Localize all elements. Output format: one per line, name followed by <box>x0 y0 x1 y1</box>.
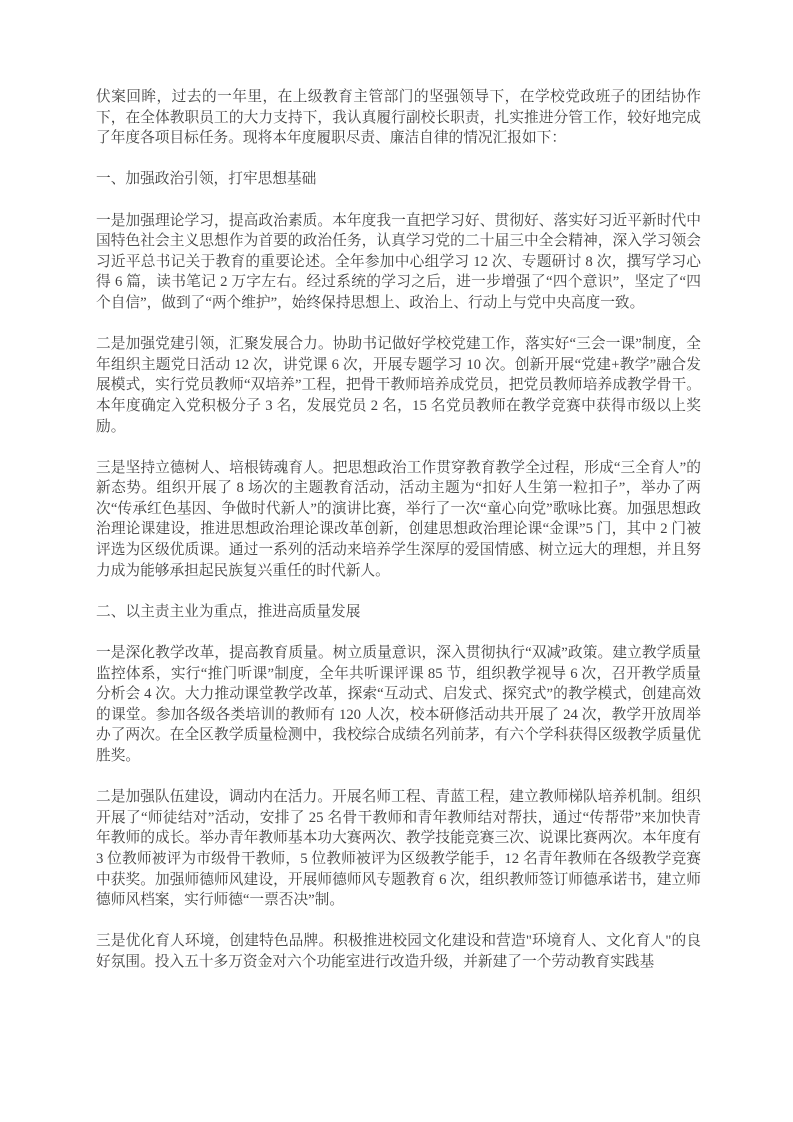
intro-paragraph: 伏案回眸，过去的一年里，在上级教育主管部门的坚强领导下，在学校党政班子的团结协作… <box>96 87 701 149</box>
body-paragraph: 三是坚持立德树人、培根铸魂育人。把思想政治工作贯穿教育教学全过程，形成“三全育人… <box>96 458 701 582</box>
section-heading-2: 二、以主责主业为重点，推进高质量发展 <box>96 602 701 623</box>
body-paragraph: 一是加强理论学习，提高政治素质。本年度我一直把学习好、贯彻好、落实好习近平新时代… <box>96 211 701 314</box>
body-paragraph: 二是加强党建引领，汇聚发展合力。协助书记做好学校党建工作，落实好“三会一课”制度… <box>96 334 701 437</box>
body-paragraph: 二是加强队伍建设，调动内在活力。开展名师工程、青蓝工程，建立教师梯队培养机制。组… <box>96 787 701 911</box>
body-paragraph: 一是深化教学改革，提高教育质量。树立质量意识，深入贯彻执行“双减”政策。建立教学… <box>96 643 701 767</box>
body-paragraph: 三是优化育人环境，创建特色品牌。积极推进校园文化建设和营造"环境育人、文化育人"… <box>96 931 701 972</box>
section-heading-1: 一、加强政治引领，打牢思想基础 <box>96 169 701 190</box>
document-body: 伏案回眸，过去的一年里，在上级教育主管部门的坚强领导下，在学校党政班子的团结协作… <box>96 87 701 973</box>
document-page: 伏案回眸，过去的一年里，在上级教育主管部门的坚强领导下，在学校党政班子的团结协作… <box>0 0 793 1122</box>
